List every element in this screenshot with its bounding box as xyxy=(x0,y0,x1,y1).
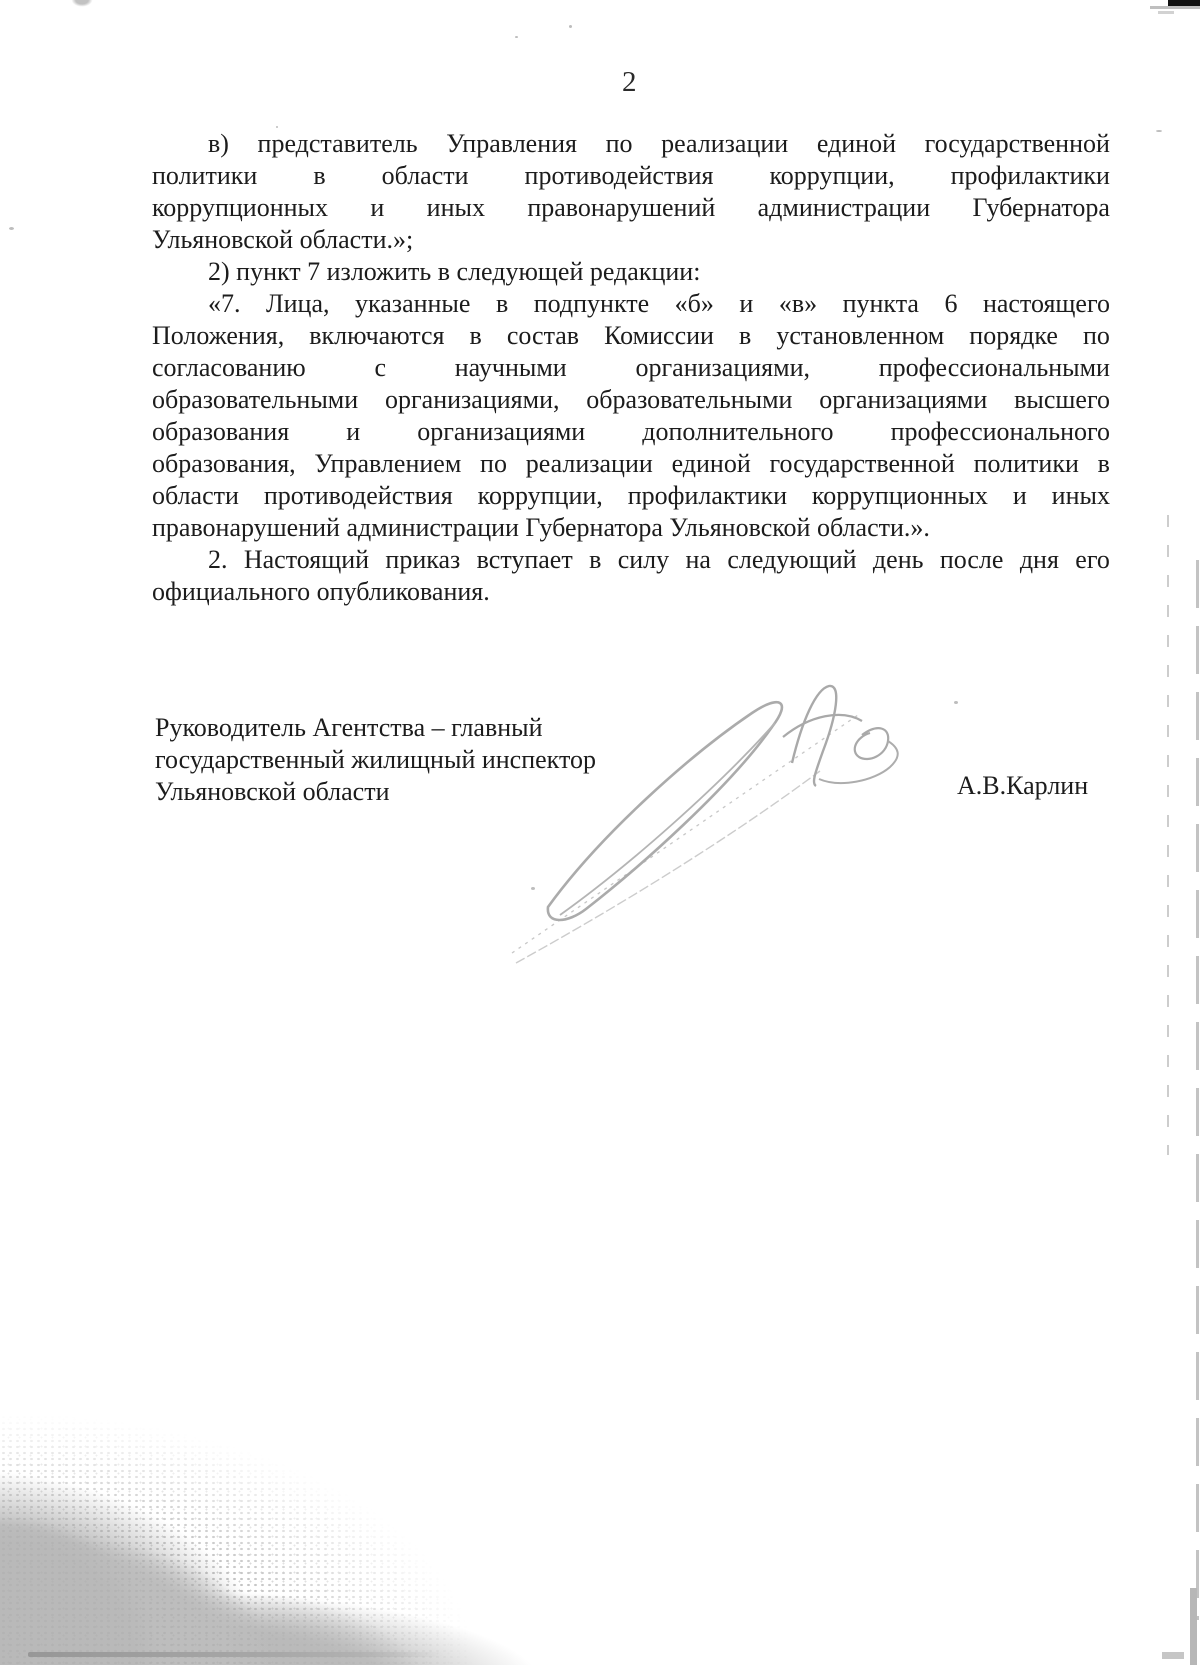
scan-vertical-line-right-edge xyxy=(1196,560,1199,1620)
text-line: областипротиводействиякоррупции,профилак… xyxy=(152,480,1110,512)
scan-speckle-bottom-left xyxy=(0,1330,640,1665)
text-line: официального опубликования. xyxy=(152,576,1110,608)
text-line: образованияиорганизациямидополнительного… xyxy=(152,416,1110,448)
text-line: 2.Настоящийприказвступаетвсилунаследующи… xyxy=(152,544,1110,576)
scan-mark-top-right-black xyxy=(1168,0,1200,6)
handwritten-signature xyxy=(490,675,910,970)
text-line: согласованиюснаучнымиорганизациями,профе… xyxy=(152,352,1110,384)
scan-vertical-line-right xyxy=(1167,515,1169,1155)
document-body-text: в)представительУправленияпореализацииеди… xyxy=(152,128,1110,608)
scan-mark-top-right-dots xyxy=(1158,11,1174,14)
scan-speck xyxy=(954,701,958,704)
text-line: Положения,включаютсявсоставКомиссиивуста… xyxy=(152,320,1110,352)
text-line: 2) пункт 7 изложить в следующей редакции… xyxy=(152,256,1110,288)
scan-line-bottom-edge xyxy=(28,1652,443,1657)
scanned-document-page: 2 в)представительУправленияпореализациие… xyxy=(0,0,1200,1665)
text-line: образования,Управлениемпореализацииедино… xyxy=(152,448,1110,480)
scan-smudge-top-left xyxy=(68,0,96,11)
scan-mark-bottom-right xyxy=(1162,1652,1184,1659)
text-line: «7.Лица,указанныевподпункте«б»и«в»пункта… xyxy=(152,288,1110,320)
text-line: в)представительУправленияпореализацииеди… xyxy=(152,128,1110,160)
scan-speck xyxy=(515,36,518,38)
scan-strip-bottom-right xyxy=(1190,1588,1197,1665)
text-line: политикивобластипротиводействиякоррупции… xyxy=(152,160,1110,192)
scan-mark-top-right-gray xyxy=(1150,6,1200,9)
text-line: правонарушений администрации Губернатора… xyxy=(152,512,1110,544)
text-line: коррупционныхииныхправонарушенийадминист… xyxy=(152,192,1110,224)
text-line: образовательнымиорганизациями,образовате… xyxy=(152,384,1110,416)
scan-speck xyxy=(1156,130,1162,132)
scan-speck xyxy=(9,227,14,230)
page-number: 2 xyxy=(622,66,637,99)
scan-shadow-bottom-left xyxy=(0,1355,600,1665)
scan-speck xyxy=(569,25,572,28)
text-line: Ульяновской области.»; xyxy=(152,224,1110,256)
signatory-name: А.В.Карлин xyxy=(957,771,1088,801)
